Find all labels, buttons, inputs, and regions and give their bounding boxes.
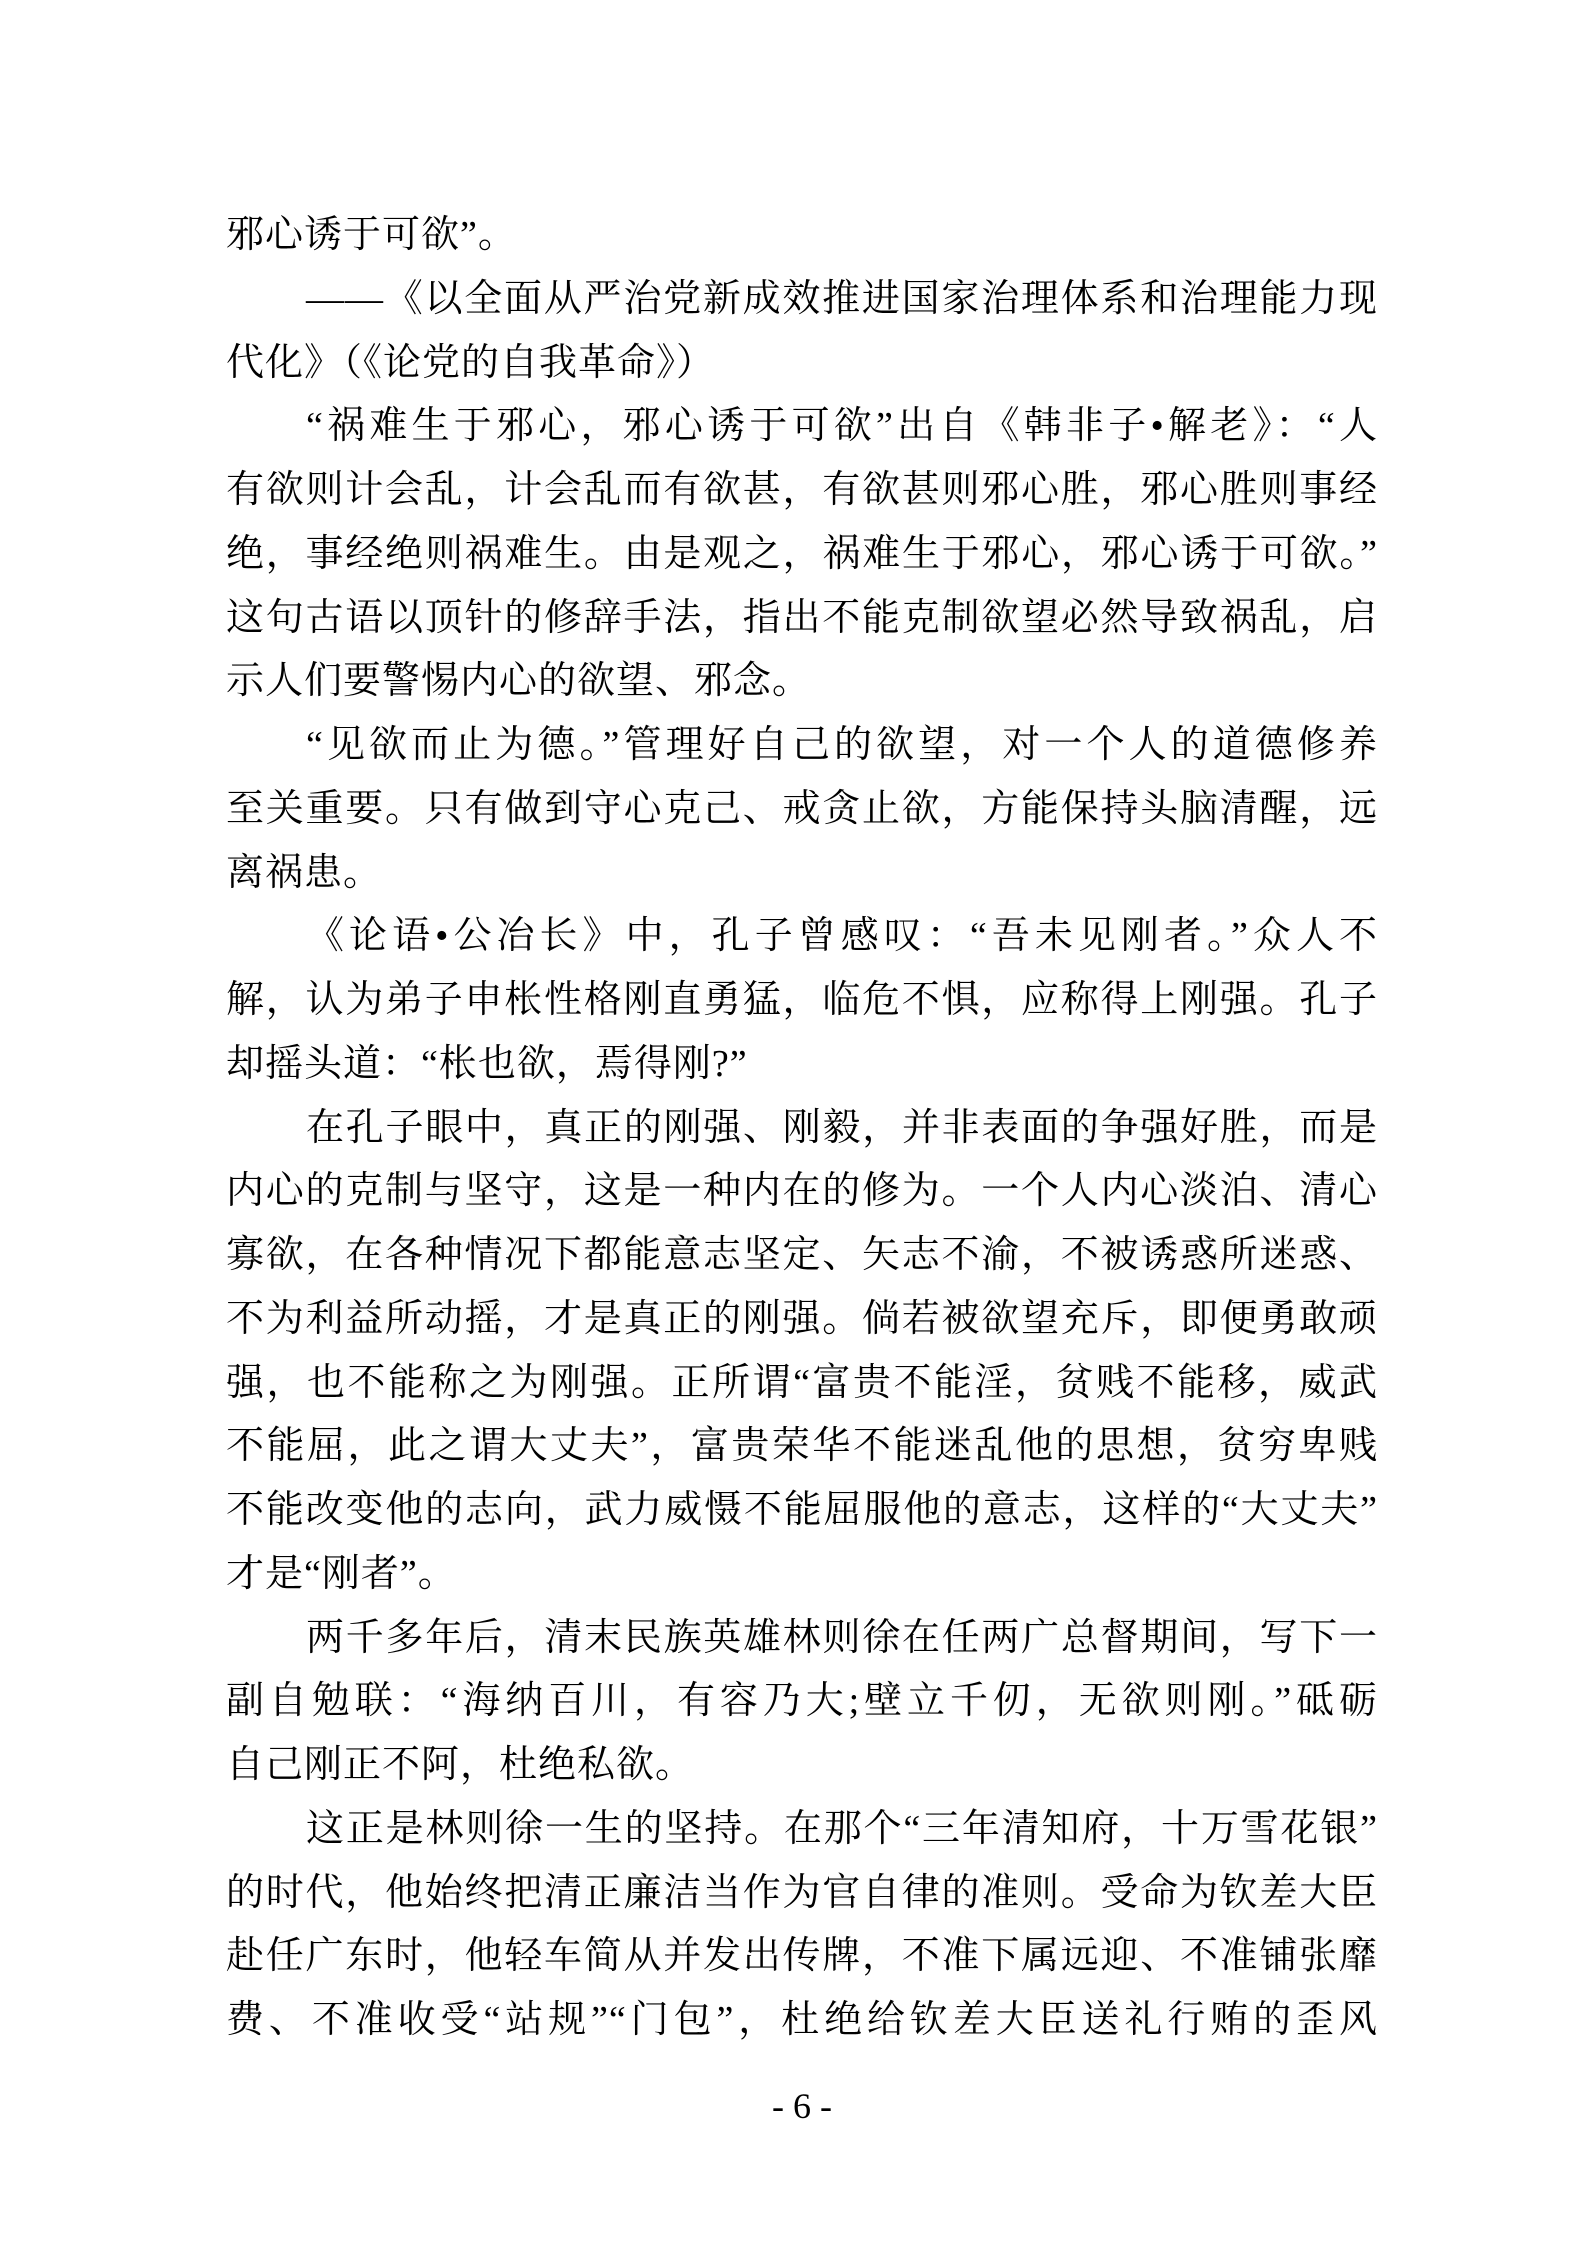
text-line: 不为利益所动摇，才是真正的刚强。倘若被欲望充斥，即便勇敢顽 <box>226 1288 1378 1352</box>
text-line: 的时代，他始终把清正廉洁当作为官自律的准则。受命为钦差大臣 <box>226 1862 1378 1926</box>
text-line: 自己刚正不阿，杜绝私欲。 <box>226 1734 1378 1798</box>
text-line: 费、不准收受“站规”“门包”，杜绝给钦差大臣送礼行贿的歪风 <box>226 1989 1378 2053</box>
text-line: 解，认为弟子申枨性格刚直勇猛，临危不惧，应称得上刚强。孔子 <box>226 969 1378 1033</box>
text-line: 在孔子眼中，真正的刚强、刚毅，并非表面的争强好胜，而是 <box>226 1097 1378 1161</box>
text-block: 邪心诱于可欲”。——《以全面从严治党新成效推进国家治理体系和治理能力现代化》（《… <box>226 204 1378 2053</box>
text-line: 赴任广东时，他轻车简从并发出传牌，不准下属远迎、不准铺张靡 <box>226 1925 1378 1989</box>
text-line: 不能屈，此之谓大丈夫”，富贵荣华不能迷乱他的思想，贫穷卑贱 <box>226 1415 1378 1479</box>
text-line: ——《以全面从严治党新成效推进国家治理体系和治理能力现 <box>226 268 1378 332</box>
text-line: 寡欲，在各种情况下都能意志坚定、矢志不渝，不被诱惑所迷惑、 <box>226 1224 1378 1288</box>
text-line: “祸难生于邪心，邪心诱于可欲”出自《韩非子•解老》：“人 <box>226 395 1378 459</box>
text-line: 示人们要警惕内心的欲望、邪念。 <box>226 650 1378 714</box>
text-line: 至关重要。只有做到守心克己、戒贪止欲，方能保持头脑清醒，远 <box>226 778 1378 842</box>
text-line: 离祸患。 <box>226 842 1378 906</box>
text-line: 代化》（《论党的自我革命》） <box>226 332 1378 396</box>
text-line: 两千多年后，清末民族英雄林则徐在任两广总督期间，写下一 <box>226 1607 1378 1671</box>
text-line: 强，也不能称之为刚强。正所谓“富贵不能淫，贫贱不能移，威武 <box>226 1352 1378 1416</box>
text-line: 这句古语以顶针的修辞手法，指出不能克制欲望必然导致祸乱，启 <box>226 587 1378 651</box>
text-line: 才是“刚者”。 <box>226 1543 1378 1607</box>
text-line: 邪心诱于可欲”。 <box>226 204 1378 268</box>
text-line: 内心的克制与坚守，这是一种内在的修为。一个人内心淡泊、清心 <box>226 1160 1378 1224</box>
text-line: 有欲则计会乱，计会乱而有欲甚，有欲甚则邪心胜，邪心胜则事经 <box>226 459 1378 523</box>
document-page: 邪心诱于可欲”。——《以全面从严治党新成效推进国家治理体系和治理能力现代化》（《… <box>0 0 1587 2245</box>
text-line: 绝，事经绝则祸难生。由是观之，祸难生于邪心，邪心诱于可欲。” <box>226 523 1378 587</box>
text-line: 却摇头道：“枨也欲，焉得刚?” <box>226 1033 1378 1097</box>
page-footer: - 6 - <box>226 2083 1378 2129</box>
text-line: 这正是林则徐一生的坚持。在那个“三年清知府，十万雪花银” <box>226 1798 1378 1862</box>
text-line: “见欲而止为德。”管理好自己的欲望，对一个人的道德修养 <box>226 714 1378 778</box>
page-number: - 6 - <box>772 2086 832 2126</box>
text-line: 副自勉联：“海纳百川，有容乃大;壁立千仞，无欲则刚。”砥砺 <box>226 1670 1378 1734</box>
text-line: 不能改变他的志向，武力威慑不能屈服他的意志，这样的“大丈夫” <box>226 1479 1378 1543</box>
text-line: 《论语•公冶长》中，孔子曾感叹：“吾未见刚者。”众人不 <box>226 905 1378 969</box>
